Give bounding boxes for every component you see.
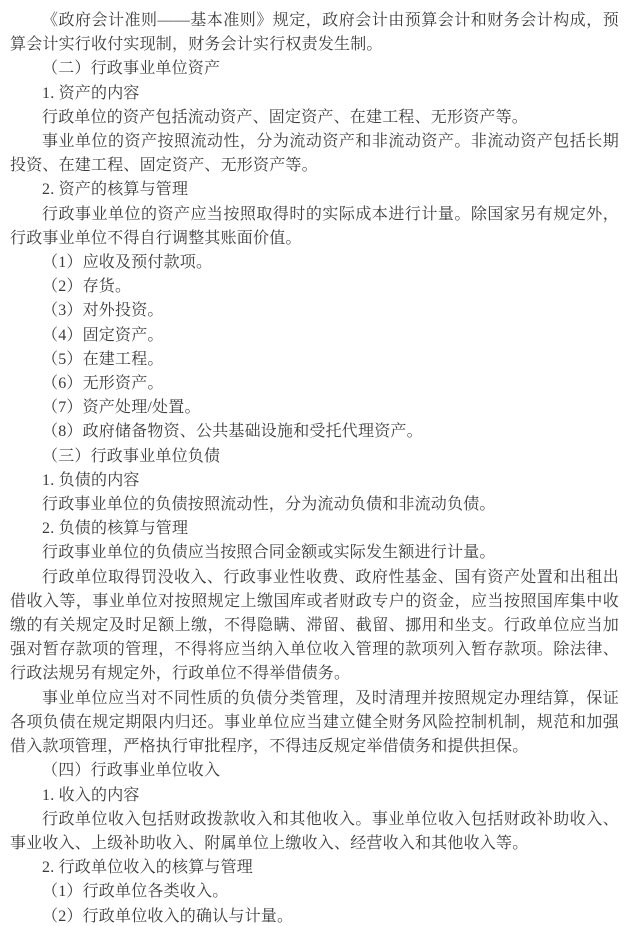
paragraph-list-item: （1）行政单位各类收入。 — [10, 880, 619, 904]
paragraph-list-item: （5）在建工程。 — [10, 348, 619, 372]
paragraph-body: 事业单位的资产按照流动性，分为流动资产和非流动资产。非流动资产包括长期投资、在建… — [10, 130, 619, 178]
paragraph-list-item: （2）行政单位收入的确认与计量。 — [10, 905, 619, 926]
paragraph-sub-heading: 2. 负债的核算与管理 — [10, 517, 619, 541]
paragraph-list-item: （7）资产处理/处置。 — [10, 396, 619, 420]
paragraph-sub-heading: 2. 资产的核算与管理 — [10, 178, 619, 202]
paragraph-body: 行政单位的资产包括流动资产、固定资产、在建工程、无形资产等。 — [10, 106, 619, 130]
paragraph-list-item: （6）无形资产。 — [10, 372, 619, 396]
paragraph-list-item: （8）政府储备物资、公共基础设施和受托代理资产。 — [10, 420, 619, 444]
paragraph-body: 行政事业单位的资产应当按照取得时的实际成本进行计量。除国家另有规定外，行政事业单… — [10, 203, 619, 251]
paragraph-sub-heading: 1. 收入的内容 — [10, 784, 619, 808]
paragraph-sub-heading: 1. 负债的内容 — [10, 469, 619, 493]
paragraph-body: 事业单位应当对不同性质的负债分类管理，及时清理并按照规定办理结算，保证各项负债在… — [10, 687, 619, 760]
paragraph-body: 行政事业单位的负债应当按照合同金额或实际发生额进行计量。 — [10, 541, 619, 565]
document-page: 《政府会计准则——基本准则》规定，政府会计由预算会计和财务会计构成，预算会计实行… — [0, 0, 632, 926]
paragraph-body: 行政单位取得罚没收入、行政事业性收费、政府性基金、国有资产处置和出租出借收入等，… — [10, 566, 619, 687]
paragraph-list-item: （3）对外投资。 — [10, 299, 619, 323]
paragraph-body: 《政府会计准则——基本准则》规定，政府会计由预算会计和财务会计构成，预算会计实行… — [10, 9, 619, 57]
paragraph-sub-heading: 1. 资产的内容 — [10, 82, 619, 106]
paragraph-sub-heading: 2. 行政单位收入的核算与管理 — [10, 856, 619, 880]
paragraph-section-heading: （二）行政事业单位资产 — [10, 57, 619, 81]
paragraph-body: 行政事业单位的负债按照流动性，分为流动负债和非流动负债。 — [10, 493, 619, 517]
paragraph-body: 行政单位收入包括财政拨款收入和其他收入。事业单位收入包括财政补助收入、事业收入、… — [10, 808, 619, 856]
paragraph-section-heading: （三）行政事业单位负债 — [10, 445, 619, 469]
paragraph-section-heading: （四）行政事业单位收入 — [10, 759, 619, 783]
document-body: 《政府会计准则——基本准则》规定，政府会计由预算会计和财务会计构成，预算会计实行… — [10, 9, 619, 926]
paragraph-list-item: （2）存货。 — [10, 275, 619, 299]
paragraph-list-item: （4）固定资产。 — [10, 324, 619, 348]
paragraph-list-item: （1）应收及预付款项。 — [10, 251, 619, 275]
